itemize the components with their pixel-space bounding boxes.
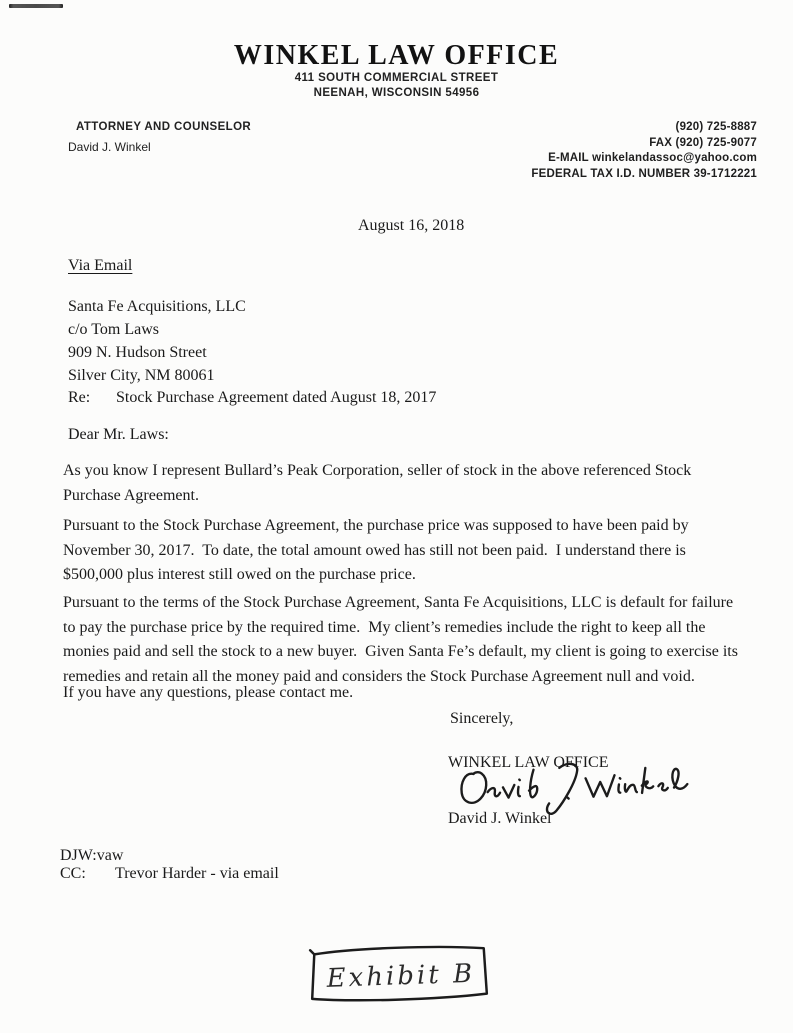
- re-label: Re:: [68, 389, 116, 407]
- email-address: E-MAIL winkelandassoc@yahoo.com: [531, 151, 757, 167]
- fax-number: FAX (920) 725-9077: [531, 136, 757, 152]
- body-paragraph: As you know I represent Bullard’s Peak C…: [63, 459, 749, 508]
- recipient-line: Santa Fe Acquisitions, LLC: [68, 295, 246, 318]
- reference-initials: DJW:vaw: [60, 847, 123, 865]
- salutation: Dear Mr. Laws:: [68, 426, 169, 444]
- letter-page: WINKEL LAW OFFICE 411 SOUTH COMMERCIAL S…: [0, 0, 793, 1033]
- phone-number: (920) 725-8887: [531, 120, 757, 136]
- firm-address-street: 411 SOUTH COMMERCIAL STREET: [0, 72, 793, 84]
- delivery-method: Via Email: [68, 257, 132, 275]
- body-paragraph: If you have any questions, please contac…: [63, 681, 749, 706]
- cc-line: CC:Trevor Harder - via email: [60, 865, 279, 883]
- federal-tax-id: FEDERAL TAX I.D. NUMBER 39-1712221: [531, 167, 757, 183]
- recipient-address: Santa Fe Acquisitions, LLC c/o Tom Laws …: [68, 295, 246, 387]
- contact-block: (920) 725-8887 FAX (920) 725-9077 E-MAIL…: [531, 120, 757, 182]
- firm-name: WINKEL LAW OFFICE: [0, 40, 793, 72]
- handwritten-signature: [450, 758, 700, 816]
- scan-artifact: [9, 4, 63, 8]
- cc-text: Trevor Harder - via email: [115, 865, 279, 882]
- cc-label: CC:: [60, 865, 115, 883]
- re-line: Re:Stock Purchase Agreement dated August…: [68, 389, 436, 407]
- closing: Sincerely,: [450, 710, 513, 728]
- attorney-title: ATTORNEY AND COUNSELOR: [76, 121, 251, 133]
- firm-address-city: NEENAH, WISCONSIN 54956: [0, 87, 793, 99]
- recipient-line: 909 N. Hudson Street: [68, 341, 246, 364]
- exhibit-text: Exhibit B: [325, 959, 476, 994]
- attorney-name: David J. Winkel: [68, 140, 151, 154]
- signature-typed-name: David J. Winkel: [448, 810, 552, 828]
- recipient-line: c/o Tom Laws: [68, 318, 246, 341]
- re-text: Stock Purchase Agreement dated August 18…: [116, 389, 436, 406]
- body-paragraph: Pursuant to the Stock Purchase Agreement…: [63, 514, 749, 588]
- exhibit-stamp: Exhibit B: [306, 938, 492, 1008]
- body-paragraph: Pursuant to the terms of the Stock Purch…: [63, 591, 749, 689]
- letter-date: August 16, 2018: [358, 217, 464, 235]
- recipient-line: Silver City, NM 80061: [68, 364, 246, 387]
